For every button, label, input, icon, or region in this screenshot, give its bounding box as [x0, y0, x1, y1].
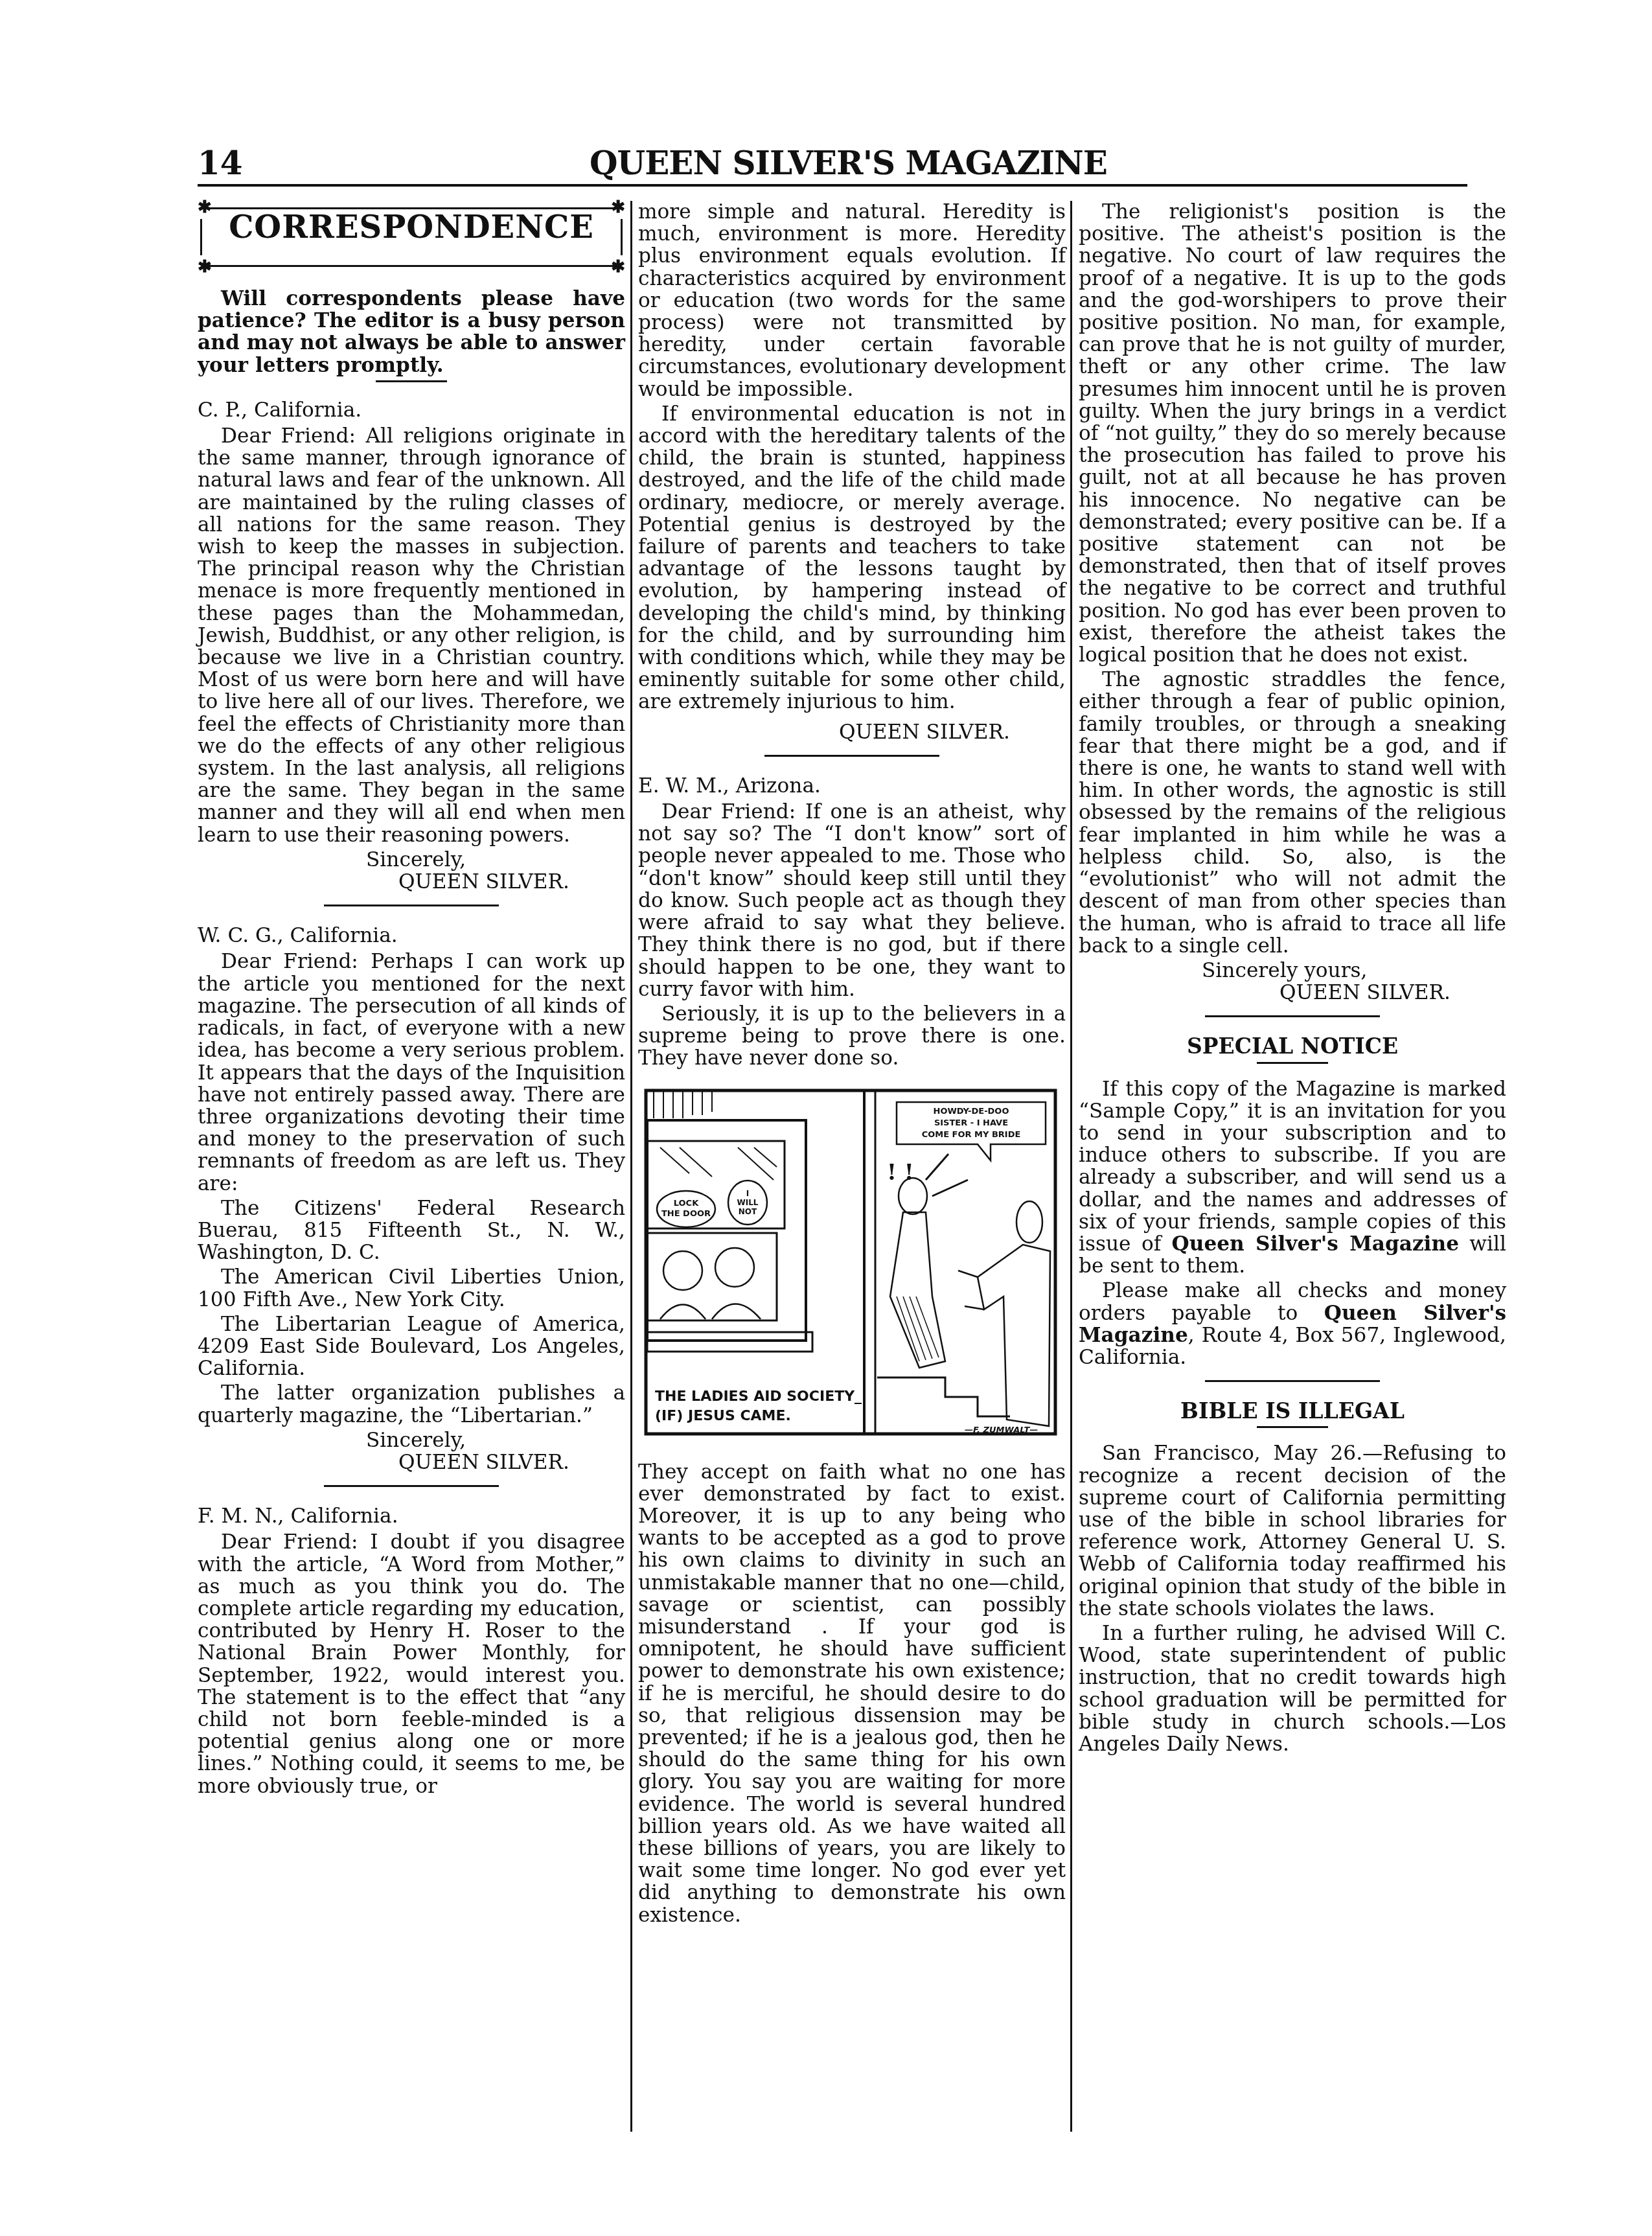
letter-paragraph: The Libertarian League of America, 4209 …	[198, 1313, 625, 1380]
special-notice-title: SPECIAL NOTICE	[1079, 1035, 1506, 1057]
divider	[376, 380, 447, 382]
article-paragraph: In a further ruling, he advised Will C. …	[1079, 1622, 1506, 1755]
letter-paragraph: The agnostic straddles the fence, either…	[1079, 669, 1506, 957]
divider	[324, 1485, 499, 1487]
svg-text:I: I	[746, 1189, 749, 1198]
column-middle: more simple and natural. Heredity is muc…	[638, 201, 1066, 1929]
letter-paragraph: Dear Friend: I doubt if you disagree wit…	[198, 1531, 625, 1797]
letter-signature: QUEEN SILVER.	[198, 871, 625, 893]
letter-salutation: C. P., California.	[198, 399, 625, 421]
masthead-title: QUEEN SILVER'S MAGAZINE	[590, 144, 1107, 182]
letter-paragraph: The Citizens' Federal Research Buerau, 8…	[198, 1197, 625, 1264]
page-number: 14	[198, 144, 243, 182]
column-left: ✱ ✱ ✱ ✱ CORRESPONDENCE Will corresponden…	[198, 201, 625, 1800]
cartoon-artist-signature: —F. ZUMWALT—	[965, 1420, 1038, 1442]
letter-paragraph-continued: They accept on faith what no one has eve…	[638, 1461, 1066, 1926]
letter-salutation: W. C. G., California.	[198, 925, 625, 947]
column-right: The religionist's position is the positi…	[1079, 201, 1506, 1758]
letter-paragraph: Seriously, it is up to the believers in …	[638, 1003, 1066, 1070]
asterisk-ornament-icon: ✱	[611, 201, 625, 214]
section-title: CORRESPONDENCE	[198, 216, 625, 238]
letter-paragraph: Dear Friend: Perhaps I can work up the a…	[198, 951, 625, 1194]
letter-paragraph: Dear Friend: All religions originate in …	[198, 425, 625, 846]
letter-salutation: F. M. N., California.	[198, 1505, 625, 1527]
letter-paragraph: Dear Friend: If one is an atheist, why n…	[638, 801, 1066, 1000]
letter-salutation: E. W. M., Arizona.	[638, 775, 1066, 797]
svg-text:SISTER - I HAVE: SISTER - I HAVE	[934, 1118, 1008, 1128]
letter-paragraph-continued: more simple and natural. Heredity is muc…	[638, 201, 1066, 400]
svg-text:COME FOR MY BRIDE: COME FOR MY BRIDE	[922, 1130, 1021, 1140]
asterisk-ornament-icon: ✱	[198, 260, 212, 273]
cartoon-illustration: LOCK THE DOOR I WILL NOT HOWDY-DE-DOO SI…	[641, 1083, 1062, 1446]
svg-text:LOCK: LOCK	[674, 1199, 699, 1208]
svg-text:NOT: NOT	[739, 1207, 757, 1216]
divider	[1205, 1380, 1380, 1382]
article-paragraph: San Francisco, May 26.—Refusing to recog…	[1079, 1442, 1506, 1620]
cartoon-caption-line2: (IF) JESUS CAME.	[655, 1405, 791, 1427]
divider	[1205, 1015, 1380, 1017]
bible-article-title: BIBLE IS ILLEGAL	[1079, 1400, 1506, 1422]
letter-signature: QUEEN SILVER.	[1079, 982, 1506, 1004]
letter-signature: QUEEN SILVER.	[638, 721, 1066, 743]
svg-text:WILL: WILL	[737, 1198, 759, 1207]
special-notice-paragraph: Please make all checks and money orders …	[1079, 1280, 1506, 1368]
letter-paragraph: The American Civil Liberties Union, 100 …	[198, 1266, 625, 1310]
special-notice-paragraph: If this copy of the Magazine is marked “…	[1079, 1078, 1506, 1278]
correspondence-heading-box: ✱ ✱ ✱ ✱ CORRESPONDENCE	[198, 201, 625, 273]
svg-text:THE DOOR: THE DOOR	[661, 1209, 711, 1219]
letter-signature: QUEEN SILVER.	[198, 1451, 625, 1473]
asterisk-ornament-icon: ✱	[611, 260, 625, 273]
header-rule	[198, 184, 1467, 187]
divider	[1257, 1062, 1328, 1064]
divider	[324, 905, 499, 906]
letter-closing: Sincerely,	[198, 849, 625, 871]
divider	[1257, 1426, 1328, 1428]
svg-text:! !: ! !	[887, 1160, 914, 1186]
intro-note: Will correspondents please have patience…	[198, 288, 625, 376]
column-divider	[1070, 201, 1072, 2132]
column-divider	[630, 201, 632, 2132]
letter-paragraph: If environmental education is not in acc…	[638, 403, 1066, 713]
letter-closing: Sincerely,	[198, 1429, 625, 1451]
magazine-name: Queen Silver's Magazine	[1172, 1232, 1459, 1256]
letter-paragraph: The religionist's position is the positi…	[1079, 201, 1506, 666]
svg-text:HOWDY-DE-DOO: HOWDY-DE-DOO	[934, 1107, 1009, 1116]
asterisk-ornament-icon: ✱	[198, 201, 212, 214]
letter-paragraph: The latter organization publishes a quar…	[198, 1382, 625, 1426]
letter-closing: Sincerely yours,	[1079, 960, 1506, 982]
divider	[764, 755, 939, 757]
